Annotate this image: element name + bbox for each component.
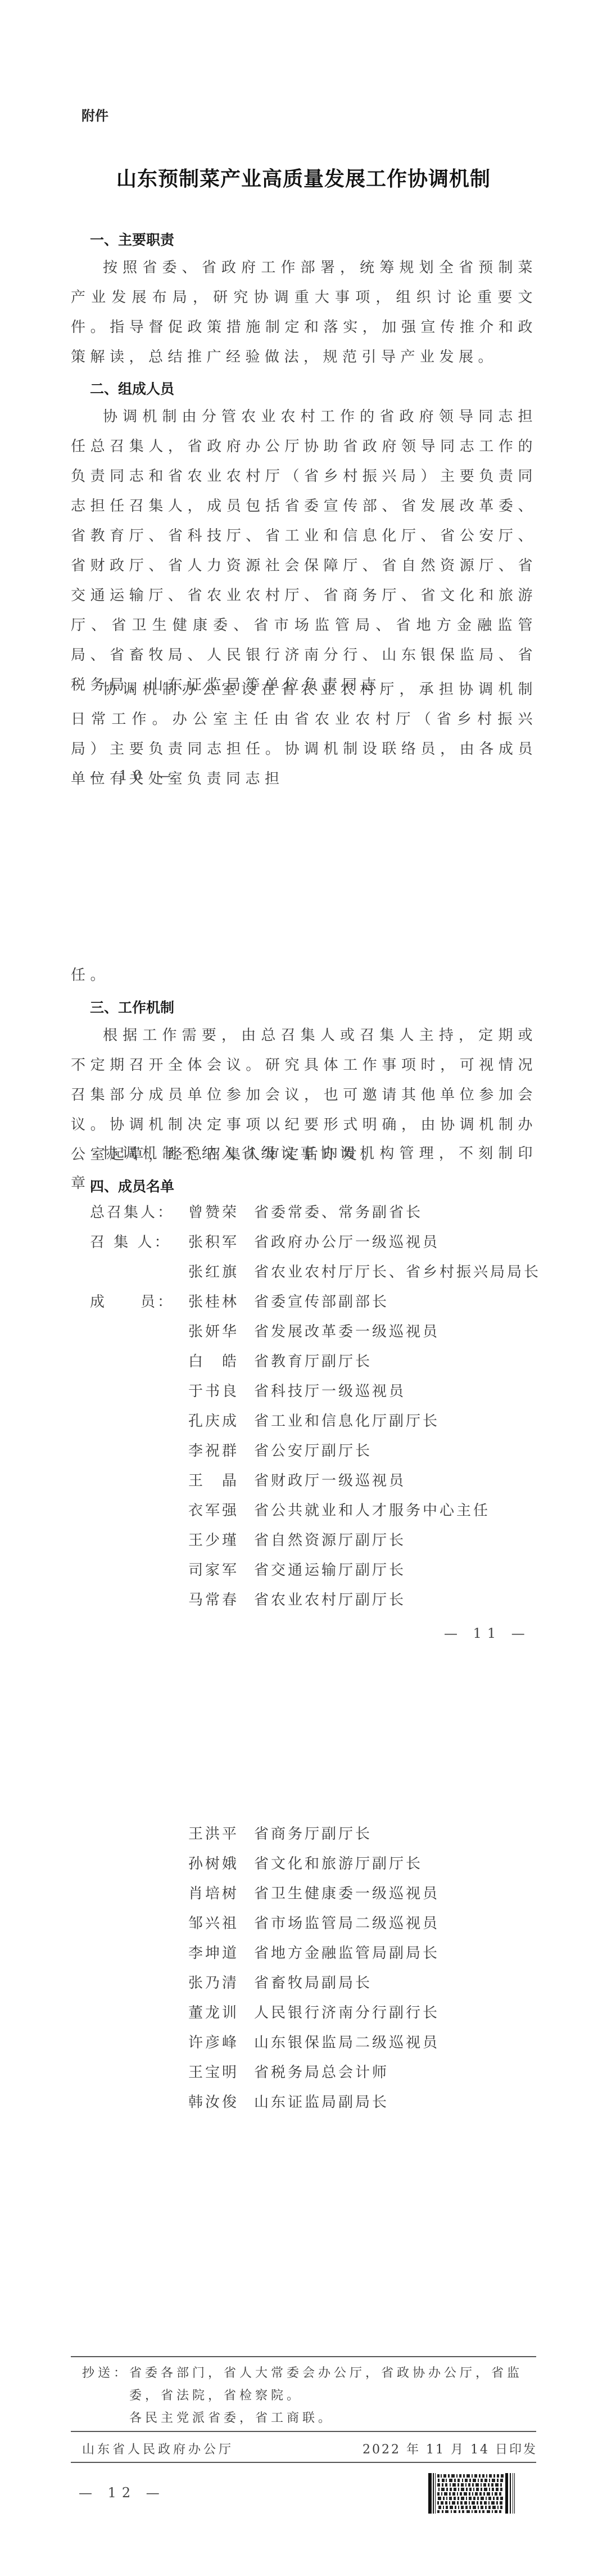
roster-title: 省委宣传部副部长: [254, 1287, 389, 1317]
roster-role: 召 集 人：: [90, 1228, 188, 1258]
roster-row: 李坤道省地方金融监管局副局长: [90, 1939, 551, 1969]
roster-role: [90, 1317, 188, 1347]
page-number-10: — 10 —: [90, 768, 176, 783]
roster-title: 省科技厅一级巡视员: [254, 1377, 406, 1407]
roster-name: 衣军强: [188, 1496, 254, 1526]
roster-name: 张妍华: [188, 1317, 254, 1347]
section-heading-roster: 四、成员名单: [90, 1176, 174, 1196]
roster-row: 孙树娥省文化和旅游厅副厅长: [90, 1849, 551, 1879]
roster-title: 省工业和信息化厅副厅长: [254, 1407, 440, 1436]
roster-row: 肖培树省卫生健康委一级巡视员: [90, 1879, 551, 1909]
roster-row: 张红旗省农业农村厅厅长、省乡村振兴局局长: [90, 1258, 551, 1287]
roster-row: 王少瑾省自然资源厅副厅长: [90, 1526, 551, 1556]
roster-row: 张乃清省畜牧局副局长: [90, 1969, 551, 1998]
roster-title: 省文化和旅游厅副厅长: [254, 1849, 423, 1879]
member-roster-part1: 总召集人：曾赞荣省委常委、常务副省长 召 集 人：张积军省政府办公厅一级巡视员 …: [90, 1198, 551, 1615]
roster-title: 省卫生健康委一级巡视员: [254, 1879, 440, 1909]
roster-title: 省发展改革委一级巡视员: [254, 1317, 440, 1347]
divider-top: [71, 2356, 536, 2357]
roster-role: [90, 2058, 188, 2088]
divider-bottom: [71, 2462, 536, 2463]
cc-line: 各民主党派省委，省工商联。: [129, 2407, 523, 2430]
roster-role: [90, 1820, 188, 1849]
roster-row: 衣军强省公共就业和人才服务中心主任: [90, 1496, 551, 1526]
roster-role: [90, 1407, 188, 1436]
roster-row: 孔庆成省工业和信息化厅副厅长: [90, 1407, 551, 1436]
roster-row: 张妍华省发展改革委一级巡视员: [90, 1317, 551, 1347]
paragraph-composition-members: 协调机制由分管农业农村工作的省政府领导同志担任总召集人，省政府办公厅协助省政府领…: [71, 402, 537, 700]
roster-role: 总召集人：: [90, 1198, 188, 1228]
roster-role: [90, 1998, 188, 2028]
roster-role: [90, 1496, 188, 1526]
roster-name: 王少瑾: [188, 1526, 254, 1556]
roster-role: [90, 2088, 188, 2118]
roster-role: 成 员：: [90, 1287, 188, 1317]
roster-role: [90, 1909, 188, 1939]
cc-label: 抄送：: [82, 2362, 129, 2430]
divider-middle: [71, 2431, 536, 2432]
roster-name: 李坤道: [188, 1939, 254, 1969]
roster-name: 张红旗: [188, 1258, 254, 1287]
issue-date: 2022 年 11 月 14 日印发: [363, 2440, 537, 2457]
roster-row: 总召集人：曾赞荣省委常委、常务副省长: [90, 1198, 551, 1228]
roster-title: 省教育厅副厅长: [254, 1347, 372, 1377]
roster-name: 孔庆成: [188, 1407, 254, 1436]
roster-title: 山东证监局副局长: [254, 2088, 389, 2118]
roster-name: 李祝群: [188, 1436, 254, 1466]
roster-row: 司家军省交通运输厅副厅长: [90, 1556, 551, 1586]
roster-role: [90, 1969, 188, 1998]
cc-block: 抄送： 省委各部门，省人大常委会办公厅，省政协办公厅，省监 委，省法院，省检察院…: [82, 2362, 532, 2430]
roster-role: [90, 1849, 188, 1879]
roster-row: 王洪平省商务厅副厅长: [90, 1820, 551, 1849]
roster-name: 张桂林: [188, 1287, 254, 1317]
roster-role: [90, 1377, 188, 1407]
attachment-label: 附件: [81, 105, 108, 124]
roster-title: 省交通运输厅副厅长: [254, 1556, 406, 1586]
roster-name: 王宝明: [188, 2058, 254, 2088]
roster-name: 马常春: [188, 1586, 254, 1615]
roster-name: 许彦峰: [188, 2028, 254, 2058]
roster-role: [90, 1556, 188, 1586]
section-heading-composition: 二、组成人员: [90, 378, 174, 398]
roster-role: [90, 1258, 188, 1287]
document-title: 山东预制菜产业高质量发展工作协调机制: [0, 163, 607, 192]
roster-title: 省畜牧局副局长: [254, 1969, 372, 1998]
roster-row: 成 员：张桂林省委宣传部副部长: [90, 1287, 551, 1317]
roster-row: 董龙训人民银行济南分行副行长: [90, 1998, 551, 2028]
roster-title: 人民银行济南分行副行长: [254, 1998, 440, 2028]
roster-role: [90, 2028, 188, 2058]
roster-role: [90, 1879, 188, 1909]
roster-title: 省农业农村厅厅长、省乡村振兴局局长: [254, 1258, 541, 1287]
roster-title: 省公共就业和人才服务中心主任: [254, 1496, 490, 1526]
roster-role: [90, 1586, 188, 1615]
member-roster-part2: 王洪平省商务厅副厅长 孙树娥省文化和旅游厅副厅长 肖培树省卫生健康委一级巡视员 …: [90, 1820, 551, 2118]
roster-role: [90, 1466, 188, 1496]
roster-role: [90, 1436, 188, 1466]
roster-row: 韩汝俊山东证监局副局长: [90, 2088, 551, 2118]
roster-name: 韩汝俊: [188, 2088, 254, 2118]
page-number-12: — 12 —: [79, 2485, 165, 2501]
roster-name: 孙树娥: [188, 1849, 254, 1879]
roster-row: 马常春省农业农村厅副厅长: [90, 1586, 551, 1615]
page-number-11: — 11 —: [444, 1625, 531, 1641]
roster-name: 肖培树: [188, 1879, 254, 1909]
roster-title: 省财政厅一级巡视员: [254, 1466, 406, 1496]
roster-row: 邹兴祖省市场监管局二级巡视员: [90, 1909, 551, 1939]
roster-title: 省地方金融监管局副局长: [254, 1939, 440, 1969]
roster-row: 召 集 人：张积军省政府办公厅一级巡视员: [90, 1228, 551, 1258]
roster-name: 白 皓: [188, 1347, 254, 1377]
roster-row: 白 皓省教育厅副厅长: [90, 1347, 551, 1377]
roster-name: 王 晶: [188, 1466, 254, 1496]
roster-title: 省政府办公厅一级巡视员: [254, 1228, 440, 1258]
roster-role: [90, 1939, 188, 1969]
roster-name: 于书良: [188, 1377, 254, 1407]
roster-title: 省农业农村厅副厅长: [254, 1586, 406, 1615]
roster-title: 省公安厅副厅长: [254, 1436, 372, 1466]
roster-name: 张积军: [188, 1228, 254, 1258]
roster-title: 山东银保监局二级巡视员: [254, 2028, 440, 2058]
roster-name: 张乃清: [188, 1969, 254, 1998]
paragraph-duties: 按照省委、省政府工作部署，统筹规划全省预制菜产业发展布局，研究协调重大事项，组织…: [71, 253, 537, 372]
roster-title: 省市场监管局二级巡视员: [254, 1909, 440, 1939]
roster-name: 王洪平: [188, 1820, 254, 1849]
roster-title: 省商务厅副厅长: [254, 1820, 372, 1849]
issuing-office: 山东省人民政府办公厅: [82, 2440, 234, 2457]
paragraph-composition-office-continued: 任。: [71, 961, 537, 990]
section-heading-mechanism: 三、工作机制: [90, 997, 174, 1017]
roster-role: [90, 1526, 188, 1556]
roster-title: 省税务局总会计师: [254, 2058, 389, 2088]
roster-title: 省委常委、常务副省长: [254, 1198, 423, 1228]
roster-row: 于书良省科技厅一级巡视员: [90, 1377, 551, 1407]
roster-role: [90, 1347, 188, 1377]
roster-row: 王 晶省财政厅一级巡视员: [90, 1466, 551, 1496]
cc-line: 委，省法院，省检察院。: [129, 2385, 523, 2407]
roster-name: 邹兴祖: [188, 1909, 254, 1939]
roster-row: 李祝群省公安厅副厅长: [90, 1436, 551, 1466]
roster-row: 王宝明省税务局总会计师: [90, 2058, 551, 2088]
roster-title: 省自然资源厅副厅长: [254, 1526, 406, 1556]
cc-line: 省委各部门，省人大常委会办公厅，省政协办公厅，省监: [129, 2362, 523, 2385]
roster-row: 许彦峰山东银保监局二级巡视员: [90, 2028, 551, 2058]
roster-name: 司家军: [188, 1556, 254, 1586]
pdf417-barcode-icon: [428, 2473, 515, 2514]
roster-name: 董龙训: [188, 1998, 254, 2028]
section-heading-duties: 一、主要职责: [90, 229, 174, 249]
roster-name: 曾赞荣: [188, 1198, 254, 1228]
